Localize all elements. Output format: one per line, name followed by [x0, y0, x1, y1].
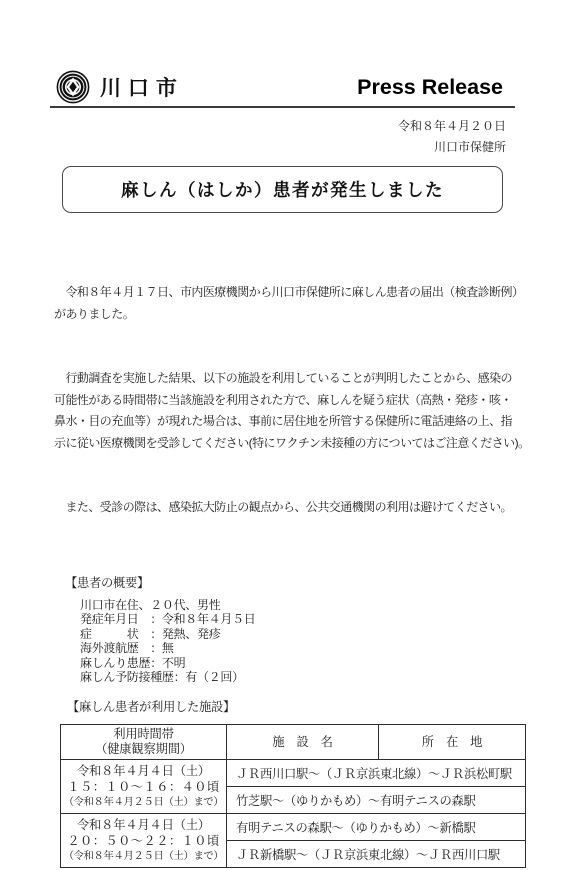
title-box: 麻しん（はしか）患者が発生しました	[62, 166, 503, 213]
table-row: 令和８年４月４日（土） ２０：５０～２２：１０頃 （令和８年４月２５日（土）まで…	[61, 814, 526, 841]
table-header-usage-time: 利用時間帯 （健康観察期間）	[61, 725, 227, 760]
table-row: 令和８年４月４日（土） １５：１０～１６：４０頃 （令和８年４月２５日（土）まで…	[61, 760, 526, 787]
city-name: 川口市	[100, 72, 184, 102]
facilities-table: 利用時間帯 （健康観察期間） 施 設 名 所 在 地 令和８年４月４日（土） １…	[60, 724, 526, 868]
kawaguchi-city-emblem-icon	[56, 70, 90, 104]
body-paragraph-2: 行動調査を実施した結果、以下の施設を利用していることが判明したことから、感染の …	[54, 368, 516, 454]
patient-summary-line: 麻しん予防接種歴：有（２回）	[80, 670, 516, 685]
body-text: 令和８年４月１７日、市内医療機関から川口市保健所に麻しん患者の届出（検査診断例）…	[54, 239, 516, 562]
patient-summary-list: 川口市在住、２０代、男性 発症年月日 ：令和８年４月５日 症 状 ：発熱、発疹 …	[80, 598, 516, 686]
usage-time-cell: 令和８年４月４日（土） ２０：５０～２２：１０頃 （令和８年４月２５日（土）まで…	[61, 814, 227, 868]
page-header: 川口市 Press Release	[52, 70, 516, 104]
patient-summary-line: 海外渡航歴 ：無	[80, 641, 516, 656]
table-header-location: 所 在 地	[379, 725, 526, 760]
press-release-label: Press Release	[357, 75, 503, 100]
patient-summary-line: 麻しんり患歴：不明	[80, 656, 516, 671]
patient-summary-line: 発症年月日 ：令和８年４月５日	[80, 612, 516, 627]
observation-period: （令和８年４月２５日（土）まで）	[61, 795, 226, 810]
issuing-organization: 川口市保健所	[52, 137, 506, 158]
observation-period: （令和８年４月２５日（土）まで）	[61, 849, 226, 864]
usage-time-date: 令和８年４月４日（土）	[61, 763, 226, 779]
patient-summary-heading: 【患者の概要】	[65, 575, 516, 591]
usage-time-date: 令和８年４月４日（土）	[61, 817, 226, 833]
usage-time-cell: 令和８年４月４日（土） １５：１０～１６：４０頃 （令和８年４月２５日（土）まで…	[61, 760, 227, 814]
release-date: 令和８年４月２０日	[52, 116, 506, 137]
facility-route-cell: 竹芝駅～（ゆりかもめ）～有明テニスの森駅	[227, 787, 526, 814]
facility-route-cell: ＪＲ新橋駅～（ＪＲ京浜東北線）～ＪＲ西川口駅	[227, 841, 526, 868]
patient-summary-line: 症 状 ：発熱、発疹	[80, 627, 516, 642]
facility-route-cell: 有明テニスの森駅～（ゆりかもめ）～新橋駅	[227, 814, 526, 841]
table-header-row: 利用時間帯 （健康観察期間） 施 設 名 所 在 地	[61, 725, 526, 760]
header-divider	[50, 106, 515, 108]
page-title: 麻しん（はしか）患者が発生しました	[121, 177, 444, 202]
body-paragraph-1: 令和８年４月１７日、市内医療機関から川口市保健所に麻しん患者の届出（検査診断例）…	[54, 282, 516, 325]
facilities-heading: 【麻しん患者が利用した施設】	[67, 699, 516, 715]
patient-summary-line: 川口市在住、２０代、男性	[80, 598, 516, 613]
table-header-facility-name: 施 設 名	[227, 725, 379, 760]
body-paragraph-3: また、受診の際は、感染拡大防止の観点から、公共交通機関の利用は避けてください。	[54, 497, 516, 519]
facility-route-cell: ＪＲ西川口駅～（ＪＲ京浜東北線）～ＪＲ浜松町駅	[227, 760, 526, 787]
press-release-page: 川口市 Press Release 令和８年４月２０日 川口市保健所 麻しん（は…	[0, 70, 566, 870]
usage-time-range: １５：１０～１６：４０頃	[61, 779, 226, 795]
usage-time-range: ２０：５０～２２：１０頃	[61, 833, 226, 849]
date-block: 令和８年４月２０日 川口市保健所	[52, 116, 516, 158]
